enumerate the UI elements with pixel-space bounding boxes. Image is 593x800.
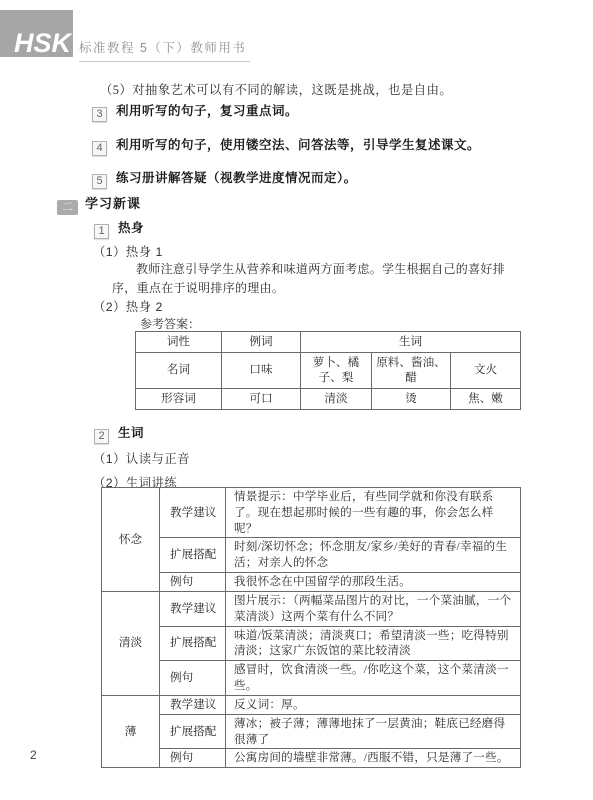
step-number-box: 5: [92, 174, 107, 189]
subsection-number-box: 2: [94, 429, 109, 444]
subsection-title: 生词: [118, 426, 144, 440]
cell: 焦、嫩: [451, 388, 521, 409]
header-cell: 例词: [222, 332, 301, 353]
book-page: HSK 标准教程 5（下）教师用书 （5）对抽象艺术可以有不同的解读，这既是挑战…: [0, 0, 593, 800]
table-row: 扩展搭配 味道/饭菜清淡；清淡爽口；希望清淡一些；吃得特别清淡；这家广东饭馆的菜…: [102, 626, 521, 661]
subsection-number-box: 1: [94, 224, 109, 239]
table-row: 例句 我很怀念在中国留学的那段生活。: [102, 572, 521, 591]
subsection-warmup: 1热身: [94, 218, 144, 239]
row-label-cell: 例句: [160, 572, 226, 591]
reference-answer-label: 参考答案：: [140, 315, 200, 332]
step-item-3: 3利用听写的句子，复习重点词。: [92, 101, 298, 122]
step-number-box: 4: [92, 141, 107, 156]
row-label-cell: 扩展搭配: [160, 714, 226, 749]
table-row: 扩展搭配 时刻/深切怀念；怀念朋友/家乡/美好的青春/幸福的生活；对亲人的怀念: [102, 538, 521, 573]
row-label-cell: 教学建议: [160, 488, 226, 538]
table-row: 形容词 可口 清淡 烫 焦、嫩: [136, 388, 521, 409]
content-cell: 薄冰；被子薄；薄薄地抹了一层黄油；鞋底已经磨得很薄了: [226, 714, 521, 749]
warmup-answer-table: 词性 例词 生词 名词 口味 萝卜、橘子、梨 原料、酱油、醋 文火 形容词 可口…: [135, 331, 521, 410]
subsection-title: 热身: [118, 221, 144, 235]
table-row: 清淡 教学建议 图片展示：（两幅菜品图片的对比，一个菜油腻，一个菜清淡）这两个菜…: [102, 591, 521, 626]
content-cell: 感冒时，饮食清淡一些。/你吃这个菜，这个菜清淡一些。: [226, 661, 521, 696]
warmup-1-paragraph: 教师注意引导学生从营养和味道两方面考虑。学生根据自己的喜好排序，重点在于说明排序…: [112, 260, 524, 297]
row-label-cell: 例句: [160, 661, 226, 696]
vocab-word-cell: 怀念: [102, 488, 160, 592]
table-row: 怀念 教学建议 情景提示：中学毕业后，有些同学就和你没有联系了。现在想起那时候的…: [102, 488, 521, 538]
row-label-cell: 扩展搭配: [160, 626, 226, 661]
header-cell: 词性: [136, 332, 222, 353]
cell: 可口: [222, 388, 301, 409]
table-row: 扩展搭配 薄冰；被子薄；薄薄地抹了一层黄油；鞋底已经磨得很薄了: [102, 714, 521, 749]
row-label-cell: 扩展搭配: [160, 538, 226, 573]
cell: 清淡: [301, 388, 372, 409]
header-cell: 生词: [301, 332, 521, 353]
warmup-1-label: （1）热身 1: [93, 242, 163, 260]
row-label-cell: 例句: [160, 749, 226, 768]
book-title: 标准教程 5（下）教师用书: [79, 38, 250, 62]
table-row: 薄 教学建议 反义词：厚。: [102, 695, 521, 714]
page-number: 2: [30, 748, 37, 762]
table-row: 例句 感冒时，饮食清淡一些。/你吃这个菜，这个菜清淡一些。: [102, 661, 521, 696]
row-label-cell: 教学建议: [160, 591, 226, 626]
table-row: 名词 口味 萝卜、橘子、梨 原料、酱油、醋 文火: [136, 352, 521, 388]
step-number-box: 3: [92, 107, 107, 122]
cell: 萝卜、橘子、梨: [301, 352, 372, 388]
row-label-cell: 教学建议: [160, 695, 226, 714]
step-item-4: 4利用听写的句子，使用镂空法、问答法等，引导学生复述课文。: [92, 135, 480, 156]
cell: 名词: [136, 352, 222, 388]
step-text: 利用听写的句子，使用镂空法、问答法等，引导学生复述课文。: [116, 138, 480, 152]
content-cell: 我很怀念在中国留学的那段生活。: [226, 572, 521, 591]
review-item-5: （5）对抽象艺术可以有不同的解读，这既是挑战，也是自由。: [100, 80, 452, 98]
content-cell: 反义词：厚。: [226, 695, 521, 714]
cell: 形容词: [136, 388, 222, 409]
cell: 烫: [372, 388, 451, 409]
subsection-vocab: 2生词: [94, 423, 144, 444]
vocab-1-label: （1）认读与正音: [93, 449, 190, 467]
cell: 口味: [222, 352, 301, 388]
table-row: 例句 公寓房间的墙壁非常薄。/西服不错，只是薄了一些。: [102, 749, 521, 768]
section-title: 学习新课: [85, 196, 141, 211]
section-marker-badge: 二: [57, 200, 78, 215]
content-cell: 公寓房间的墙壁非常薄。/西服不错，只是薄了一些。: [226, 749, 521, 768]
vocab-word-cell: 清淡: [102, 591, 160, 695]
cell: 文火: [451, 352, 521, 388]
content-cell: 时刻/深切怀念；怀念朋友/家乡/美好的青春/幸福的生活；对亲人的怀念: [226, 538, 521, 573]
step-text: 练习册讲解答疑（视教学进度情况而定）。: [116, 171, 357, 185]
table-header-row: 词性 例词 生词: [136, 332, 521, 353]
hsk-logo-text: HSK: [14, 28, 71, 59]
warmup-2-label: （2）热身 2: [93, 297, 163, 315]
content-cell: 图片展示：（两幅菜品图片的对比，一个菜油腻，一个菜清淡）这两个菜有什么不同？: [226, 591, 521, 626]
vocab-practice-table: 怀念 教学建议 情景提示：中学毕业后，有些同学就和你没有联系了。现在想起那时候的…: [101, 487, 521, 768]
section-heading: 二学习新课: [57, 193, 141, 215]
content-cell: 情景提示：中学毕业后，有些同学就和你没有联系了。现在想起那时候的一些有趣的事，你…: [226, 488, 521, 538]
cell: 原料、酱油、醋: [372, 352, 451, 388]
step-text: 利用听写的句子，复习重点词。: [116, 104, 298, 118]
step-item-5: 5练习册讲解答疑（视教学进度情况而定）。: [92, 168, 357, 189]
hsk-logo-block: HSK: [0, 10, 73, 57]
vocab-word-cell: 薄: [102, 695, 160, 768]
content-cell: 味道/饭菜清淡；清淡爽口；希望清淡一些；吃得特别清淡；这家广东饭馆的菜比较清淡: [226, 626, 521, 661]
